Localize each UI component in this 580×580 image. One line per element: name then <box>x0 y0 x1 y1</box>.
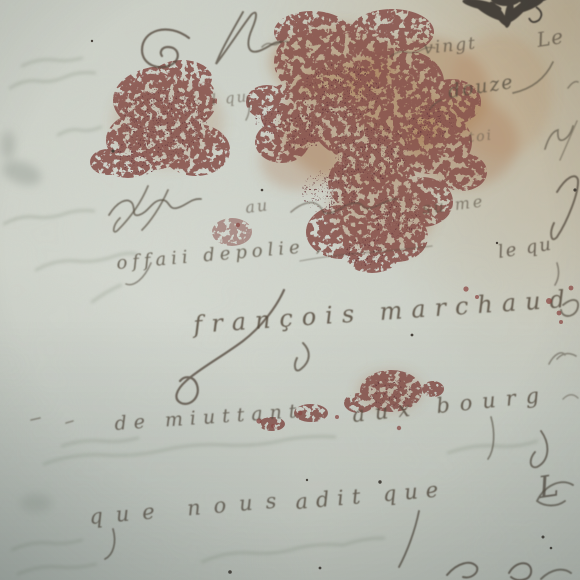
vignette <box>0 0 580 580</box>
photo-canvas: vingt Le l qu douze toi au su me offaii … <box>0 0 580 580</box>
manuscript-photo: vingt Le l qu douze toi au su me offaii … <box>0 0 580 580</box>
